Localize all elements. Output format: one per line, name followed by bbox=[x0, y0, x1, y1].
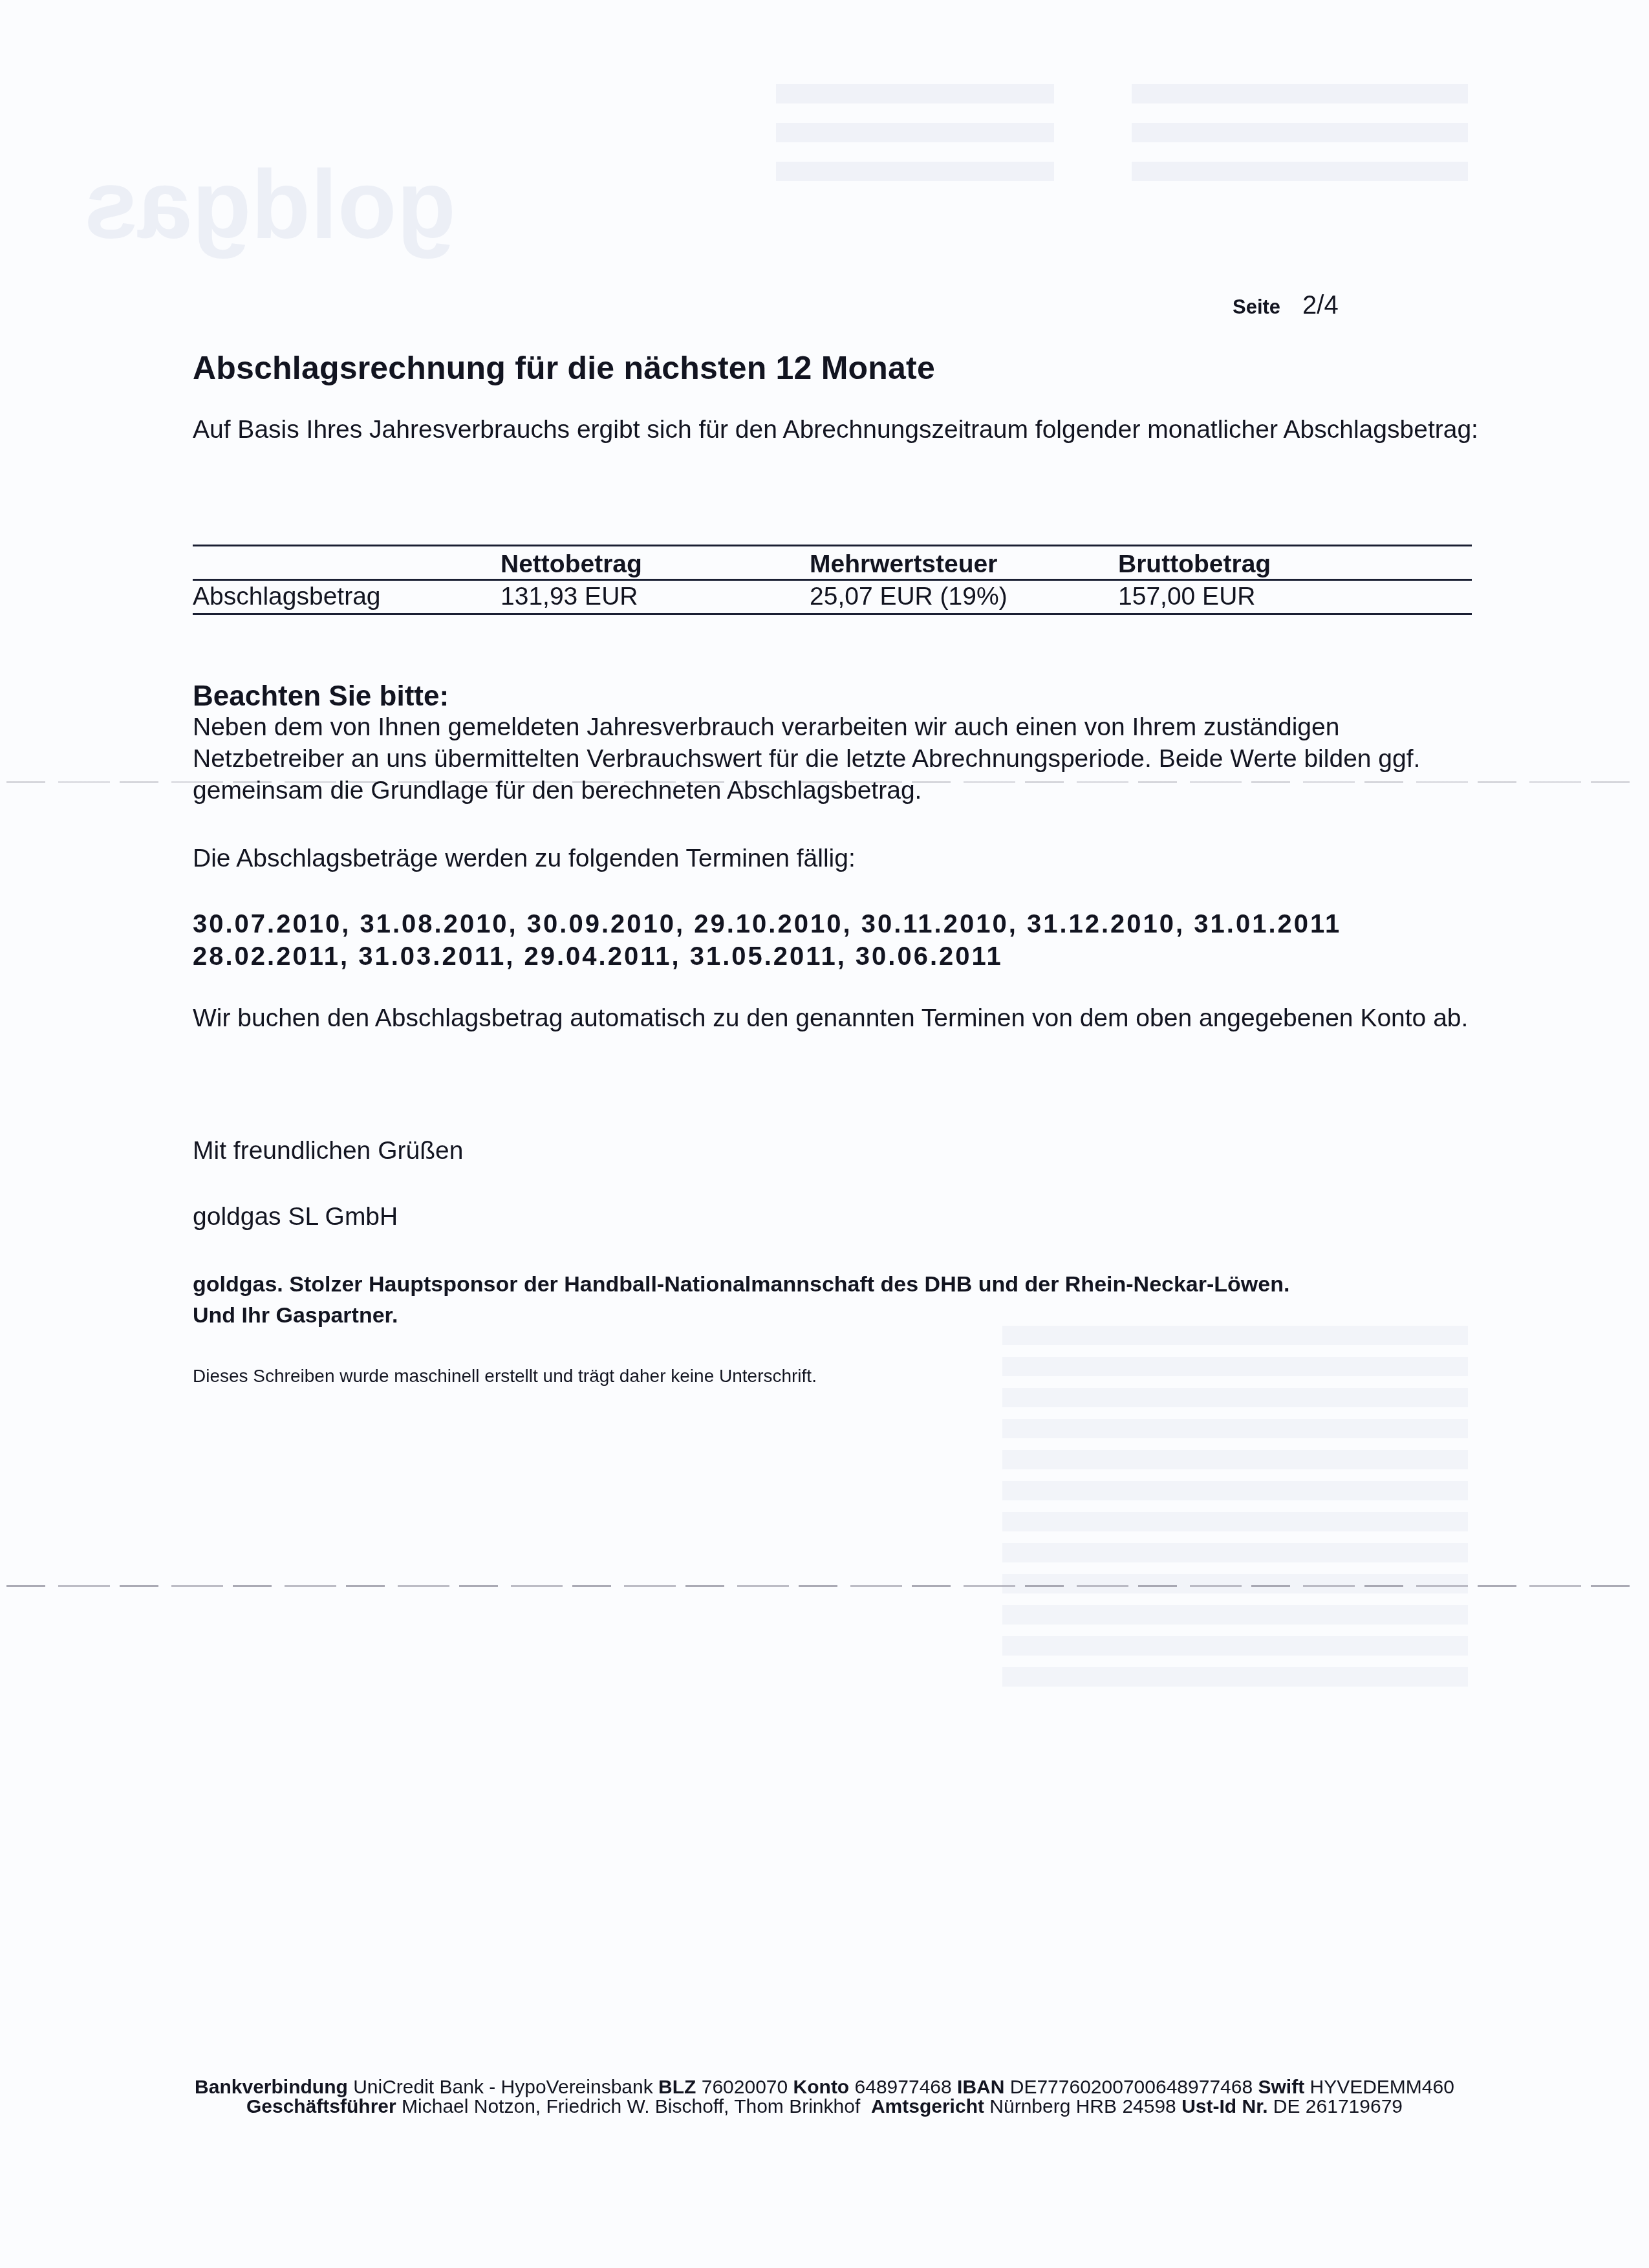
vat-value: DE 261719679 bbox=[1273, 2096, 1403, 2117]
closing-greeting: Mit freundlichen Grüßen bbox=[193, 1137, 463, 1165]
bank-name: UniCredit Bank - HypoVereinsbank bbox=[353, 2077, 653, 2098]
page-number: Seite2/4 bbox=[1233, 291, 1339, 320]
page-label: Seite bbox=[1233, 296, 1280, 318]
table-header-cell: Mehrwertsteuer bbox=[810, 546, 1118, 580]
disclaimer: Dieses Schreiben wurde maschinell erstel… bbox=[193, 1366, 817, 1387]
show-through-block bbox=[776, 78, 1054, 194]
swift-value: HYVEDEMM460 bbox=[1309, 2077, 1454, 2098]
fold-line bbox=[6, 1585, 1636, 1587]
iban-label: IBAN bbox=[957, 2077, 1004, 2098]
notice-text: Neben dem von Ihnen gemeldeten Jahresver… bbox=[193, 711, 1486, 806]
intro-text: Auf Basis Ihres Jahresverbrauchs ergibt … bbox=[193, 414, 1486, 446]
table-row: Abschlagsbetrag 131,93 EUR 25,07 EUR (19… bbox=[193, 580, 1472, 614]
sponsor-line: Und Ihr Gaspartner. bbox=[193, 1300, 1289, 1331]
court-value: Nürnberg HRB 24598 bbox=[989, 2096, 1176, 2117]
debit-note: Wir buchen den Abschlagsbetrag automatis… bbox=[193, 1002, 1486, 1035]
table-cell: Abschlagsbetrag bbox=[193, 580, 501, 614]
iban-value: DE77760200700648977468 bbox=[1010, 2077, 1253, 2098]
show-through-block bbox=[1002, 1326, 1468, 1688]
bank-label: Bankverbindung bbox=[195, 2077, 348, 2098]
footer-company-line: Geschäftsführer Michael Notzon, Friedric… bbox=[0, 2097, 1649, 2117]
due-dates-intro: Die Abschlagsbeträge werden zu folgenden… bbox=[193, 845, 856, 873]
sponsor-line: goldgas. Stolzer Hauptsponsor der Handba… bbox=[193, 1269, 1289, 1300]
konto-value: 648977468 bbox=[855, 2077, 952, 2098]
table-header-cell: Bruttobetrag bbox=[1118, 546, 1472, 580]
page-value: 2/4 bbox=[1302, 291, 1339, 319]
table-cell: 131,93 EUR bbox=[501, 580, 810, 614]
table-header-cell: Nettobetrag bbox=[501, 546, 810, 580]
show-through-logo: goldgas bbox=[84, 149, 456, 261]
md-names: Michael Notzon, Friedrich W. Bischoff, T… bbox=[402, 2096, 860, 2117]
table-cell: 157,00 EUR bbox=[1118, 580, 1472, 614]
company-name: goldgas SL GmbH bbox=[193, 1203, 398, 1231]
md-label: Geschäftsführer bbox=[246, 2096, 396, 2117]
konto-label: Konto bbox=[793, 2077, 850, 2098]
due-dates-list: 30.07.2010, 31.08.2010, 30.09.2010, 29.1… bbox=[193, 908, 1341, 973]
table-header-cell bbox=[193, 546, 501, 580]
due-dates-line: 28.02.2011, 31.03.2011, 29.04.2011, 31.0… bbox=[193, 940, 1341, 973]
vat-label: Ust-Id Nr. bbox=[1181, 2096, 1267, 2117]
sponsor-note: goldgas. Stolzer Hauptsponsor der Handba… bbox=[193, 1269, 1289, 1331]
table-cell: 25,07 EUR (19%) bbox=[810, 580, 1118, 614]
show-through-block bbox=[1132, 78, 1468, 194]
court-label: Amtsgericht bbox=[871, 2096, 984, 2117]
due-dates-line: 30.07.2010, 31.08.2010, 30.09.2010, 29.1… bbox=[193, 908, 1341, 940]
swift-label: Swift bbox=[1258, 2077, 1304, 2098]
blz-label: BLZ bbox=[658, 2077, 696, 2098]
footer-bank-line: Bankverbindung UniCredit Bank - HypoVere… bbox=[0, 2078, 1649, 2097]
notice-heading: Beachten Sie bitte: bbox=[193, 680, 449, 713]
table-header-row: Nettobetrag Mehrwertsteuer Bruttobetrag bbox=[193, 546, 1472, 580]
section-title: Abschlagsrechnung für die nächsten 12 Mo… bbox=[193, 349, 935, 387]
footer: Bankverbindung UniCredit Bank - HypoVere… bbox=[0, 2078, 1649, 2117]
blz-value: 76020070 bbox=[702, 2077, 788, 2098]
amounts-table: Nettobetrag Mehrwertsteuer Bruttobetrag … bbox=[193, 545, 1472, 615]
